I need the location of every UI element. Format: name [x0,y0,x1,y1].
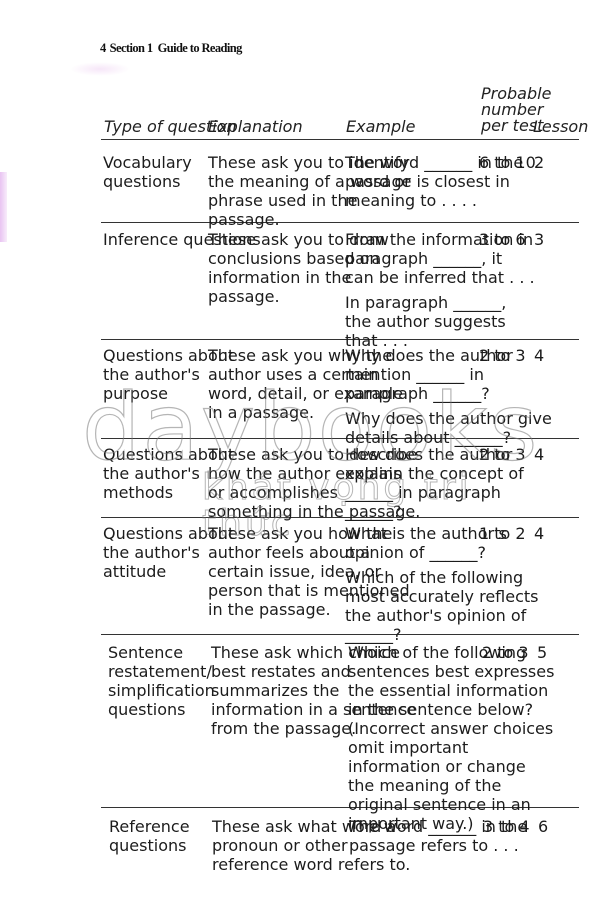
probable-number-cell: 2 to 3 [482,643,529,662]
probable-number-cell: 2 to 3 [479,346,526,365]
lesson-cell: 3 [534,230,544,249]
example-question: Which of the following sentences best ex… [348,643,554,833]
scan-margin-tint [0,172,7,242]
header-rule [101,139,579,140]
question-type-cell: Reference questions [109,817,190,855]
chapter-title: Guide to Reading [158,41,242,55]
column-header-example: Example [346,117,415,136]
column-header-lesson: Lesson [533,117,588,136]
probable-number-cell: 6 to 10 [479,153,536,172]
probable-number-cell: 2 to 3 [479,445,526,464]
question-type-cell: Sentence restatement/ simplification que… [108,643,215,719]
column-header-explanation: Explanation [208,117,303,136]
lesson-cell: 4 [534,346,544,365]
scan-smudge [70,62,130,76]
question-type-cell: Vocabulary questions [103,153,192,191]
section-label: Section 1 [110,41,153,55]
probable-number-cell: 1 to 2 [479,524,526,543]
example-cell: Which of the following sentences best ex… [348,643,554,839]
lesson-cell: 4 [534,524,544,543]
page-number: 4 [100,41,106,55]
page-header: 4Section 1 Guide to Reading [100,41,242,56]
example-question: In paragraph ______, the author suggests… [345,293,535,350]
example-question: Which of the following most accurately r… [345,568,539,644]
lesson-cell: 6 [538,817,548,836]
lesson-cell: 4 [534,445,544,464]
probable-number-cell: 3 to 4 [483,817,530,836]
lesson-cell: 2 [534,153,544,172]
lesson-cell: 5 [537,643,547,662]
example-question: Why does the author give details about _… [345,409,552,447]
probable-number-cell: 3 to 6 [479,230,526,249]
